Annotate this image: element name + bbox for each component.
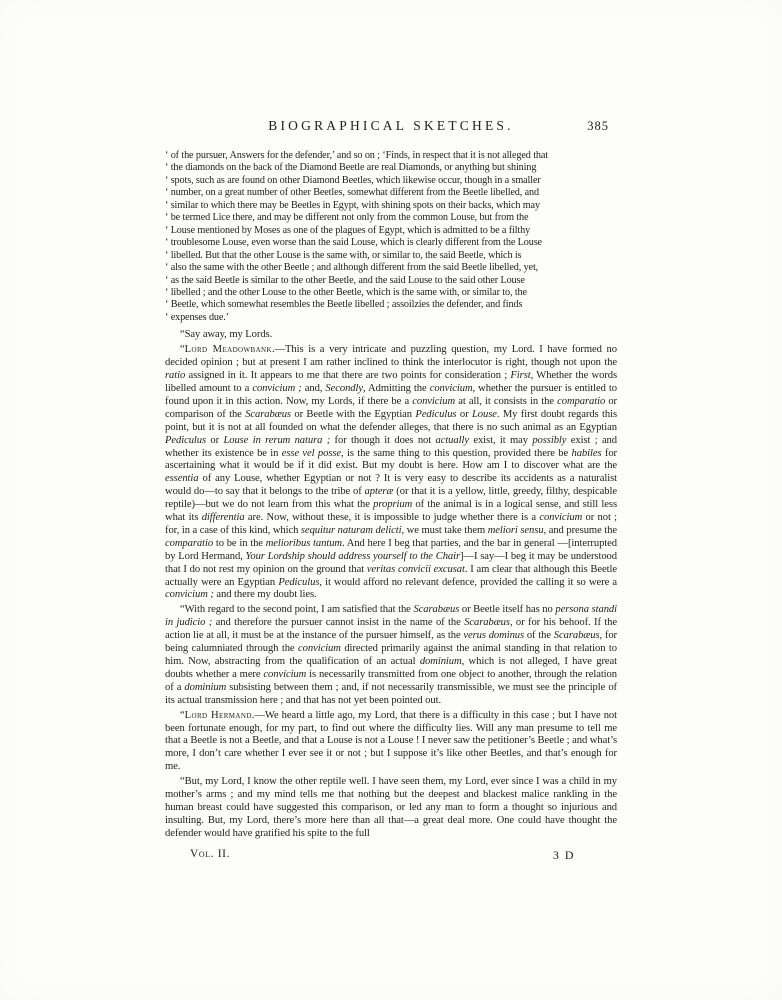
text-run: Scarabæus [413,604,459,615]
quote-line: ‘ troublesome Louse, even worse than the… [165,237,617,249]
text-run: habiles [571,448,601,459]
text-run: sequitur naturam delicti [301,525,402,536]
text-run: Scarabæus [464,617,510,628]
text-run: to be in the [213,538,266,549]
paragraph: “Say away, my Lords. [165,329,617,342]
text-run: “But, my Lord, I know the other reptile … [165,776,617,839]
paragraph: “Lord Hermand.—We heard a little ago, my… [165,710,617,775]
text-run: comparatio [557,396,605,407]
text-run: ratio [165,370,185,381]
text-run: Your Lordship should address yourself to… [246,551,461,562]
text-run: convicium ; [252,383,301,394]
page-footer: Vol. II. 3 D [165,848,617,863]
text-run: are. Now, without these, it is impossibl… [245,512,540,523]
speaker-name: Lord Meadowbank [185,344,272,355]
text-run: assigned in it. It appears to me that th… [185,370,510,381]
text-run: comparatio [165,538,213,549]
quote-line: ‘ libelled ; and the other Louse to the … [165,287,617,299]
text-run: dominium [184,682,226,693]
text-run: of the [524,630,554,641]
text-run: First [510,370,530,381]
text-run: or Beetle with the Egyptian [291,409,415,420]
quote-line: ‘ as the said Beetle is similar to the o… [165,275,617,287]
text-run: , Admitting the [363,383,430,394]
text-run: , is the same thing to this question, pr… [341,448,571,459]
quote-line: ‘ spots, such as are found on other Diam… [165,175,617,187]
text-run: Pediculus [278,577,319,588]
text-run: or Beetle itself has no [459,604,555,615]
text-run: , and presume the [544,525,617,536]
text-run: Secondly [325,383,363,394]
text-run: and therefore the pursuer cannot insist … [212,617,464,628]
text-run: apteræ [365,486,394,497]
text-run: and, [302,383,326,394]
text-run: for though it does not [330,435,435,446]
text-run: convicium [298,643,341,654]
text-run: convicium [263,669,306,680]
text-run: at all, it consists in the [455,396,557,407]
text-run: Pediculus [165,435,206,446]
text-run: actually [435,435,469,446]
text-run: convicium [412,396,455,407]
running-head: BIOGRAPHICAL SKETCHES. 385 [165,118,617,136]
quote-line: ‘ similar to which there may be Beetles … [165,200,617,212]
text-run: meliori sensu [488,525,544,536]
text-run: subsisting between them ; and, if not ne… [165,682,617,706]
text-run: “Say away, my Lords. [180,329,272,340]
text-run: esse vel posse [282,448,341,459]
text-run: Louse [472,409,497,420]
text-run: veritas convicii excusat [367,564,465,575]
paragraphs: “Say away, my Lords.“Lord Meadowbank.—Th… [165,329,617,840]
paragraph: “But, my Lord, I know the other reptile … [165,776,617,841]
text-run: convicium [430,383,473,394]
text-run: or [456,409,471,420]
text-run: Scarabæus [245,409,291,420]
quote-line: ‘ Beetle, which somewhat resembles the B… [165,299,617,311]
text-run: possibly [532,435,566,446]
quote-line: ‘ libelled. But that the other Louse is … [165,250,617,262]
quote-line: ‘ also the same with the other Beetle ; … [165,262,617,274]
text-run: essentia [165,473,199,484]
quote-line: ‘ expenses due.’ [165,312,617,324]
text-run: convicium [539,512,582,523]
speaker-name: Lord Hermand [185,710,252,721]
quote-line: ‘ be termed Lice there, and may be diffe… [165,212,617,224]
text-run: Louse in rerum natura ; [223,435,330,446]
text-run: and there my doubt lies. [214,589,317,600]
text-run: “With regard to the second point, I am s… [180,604,413,615]
text-run: verus dominus [463,630,524,641]
quote-line: ‘ the diamonds on the back of the Diamon… [165,162,617,174]
text-run: , we must take them [401,525,487,536]
page-number: 385 [587,119,609,134]
text-run: proprium [373,499,412,510]
text-block: BIOGRAPHICAL SKETCHES. 385 ‘ of the purs… [165,0,617,863]
quote-block: ‘ of the pursuer, Answers for the defend… [165,150,617,324]
text-run: dominium [420,656,462,667]
text-run: differentia [202,512,245,523]
text-run: Pediculus [415,409,456,420]
text-run: or [206,435,223,446]
book-page: BIOGRAPHICAL SKETCHES. 385 ‘ of the purs… [0,0,782,1000]
text-run: Scarabæus [554,630,600,641]
page-title: BIOGRAPHICAL SKETCHES. [165,118,617,134]
text-run: exist, it may [469,435,532,446]
text-run: , it would afford no relevant defence, p… [319,577,617,588]
paragraph: “With regard to the second point, I am s… [165,604,617,707]
signature-mark: 3 D [553,848,575,863]
paragraph: “Lord Meadowbank.—This is a very intrica… [165,344,617,602]
text-run: melioribus tantum [266,538,342,549]
quote-line: ‘ of the pursuer, Answers for the defend… [165,150,617,162]
quote-line: ‘ number, on a great number of other Bee… [165,187,617,199]
text-run: convicium ; [165,589,214,600]
quote-line: ‘ Louse mentioned by Moses as one of the… [165,225,617,237]
volume-label: Vol. II. [190,848,230,863]
